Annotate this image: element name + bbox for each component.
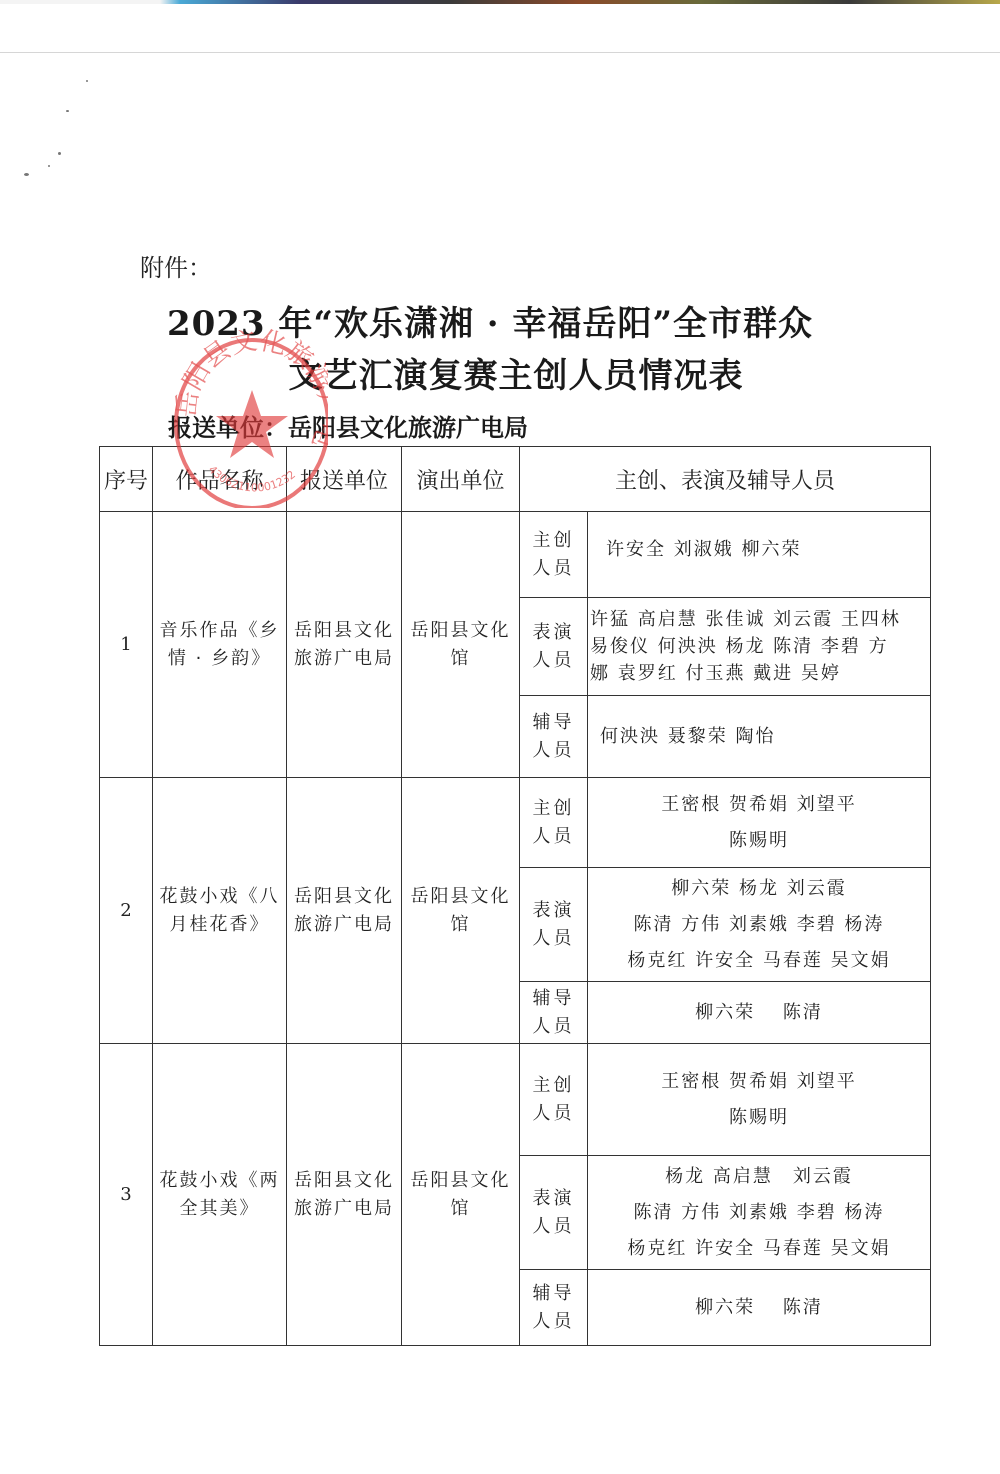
creators-names: 王密根 贺希娟 刘望平 陈赐明 (588, 1044, 931, 1156)
performing-unit: 岳阳县文化 馆 (402, 512, 520, 778)
role-performers: 表演 人员 (520, 598, 588, 696)
header-performer: 演出单位 (402, 447, 520, 512)
submitting-unit-label: 报送单位： (168, 414, 288, 442)
table-row: 1 音乐作品《乡 情 · 乡韵》 岳阳县文化 旅游广电局 岳阳县文化 馆 主创 … (100, 512, 931, 598)
work-title: 音乐作品《乡 情 · 乡韵》 (153, 512, 287, 778)
work-title: 花鼓小戏《两 全其美》 (153, 1044, 287, 1346)
table-row: 3 花鼓小戏《两 全其美》 岳阳县文化 旅游广电局 岳阳县文化 馆 主创 人员 … (100, 1044, 931, 1156)
scan-line (0, 52, 1000, 53)
role-instructors: 辅导 人员 (520, 982, 588, 1044)
instructors-names: 柳六荣 陈清 (588, 982, 931, 1044)
header-staff: 主创、表演及辅导人员 (520, 447, 931, 512)
role-creators: 主创 人员 (520, 512, 588, 598)
submitting-unit: 岳阳县文化 旅游广电局 (287, 512, 402, 778)
scan-edge (0, 0, 1000, 4)
instructors-names: 柳六荣 陈清 (588, 1270, 931, 1346)
header-work: 作品名称 (153, 447, 287, 512)
row-number: 1 (100, 512, 153, 778)
role-creators: 主创 人员 (520, 1044, 588, 1156)
performers-names: 许猛 高启慧 张佳诚 刘云霞 王四林 易俊仪 何泱泱 杨龙 陈清 李碧 方 娜 … (588, 598, 931, 696)
header-submitter: 报送单位 (287, 447, 402, 512)
row-number: 3 (100, 1044, 153, 1346)
submitting-unit: 岳阳县文化 旅游广电局 (287, 778, 402, 1044)
header-no: 序号 (100, 447, 153, 512)
role-creators: 主创 人员 (520, 778, 588, 868)
role-performers: 表演 人员 (520, 1156, 588, 1270)
submitting-unit-value: 岳阳县文化旅游广电局 (288, 414, 528, 442)
scan-specks (18, 70, 98, 180)
instructors-names: 何泱泱 聂黎荣 陶怡 (588, 696, 931, 778)
performing-unit: 岳阳县文化 馆 (402, 1044, 520, 1346)
role-instructors: 辅导 人员 (520, 696, 588, 778)
performers-names: 杨龙 高启慧 刘云霞 陈清 方伟 刘素娥 李碧 杨涛 杨克红 许安全 马春莲 吴… (588, 1156, 931, 1270)
page-title-line1: 2023 年“欢乐潇湘 · 幸福岳阳”全市群众 (0, 296, 990, 345)
row-number: 2 (100, 778, 153, 1044)
attachment-label: 附件： (140, 248, 212, 283)
table-header-row: 序号 作品名称 报送单位 演出单位 主创、表演及辅导人员 (100, 447, 931, 512)
role-performers: 表演 人员 (520, 868, 588, 982)
page-title-line2: 文艺汇演复赛主创人员情况表 (16, 348, 1000, 397)
creators-names: 许安全 刘淑娥 柳六荣 (588, 512, 931, 598)
performing-unit: 岳阳县文化 馆 (402, 778, 520, 1044)
role-instructors: 辅导 人员 (520, 1270, 588, 1346)
performers-names: 柳六荣 杨龙 刘云霞 陈清 方伟 刘素娥 李碧 杨涛 杨克红 许安全 马春莲 吴… (588, 868, 931, 982)
work-title: 花鼓小戏《八 月桂花香》 (153, 778, 287, 1044)
submitting-unit-line: 报送单位：岳阳县文化旅游广电局 (168, 408, 528, 443)
staff-table: 序号 作品名称 报送单位 演出单位 主创、表演及辅导人员 1 音乐作品《乡 情 … (99, 446, 931, 1346)
submitting-unit: 岳阳县文化 旅游广电局 (287, 1044, 402, 1346)
table-row: 2 花鼓小戏《八 月桂花香》 岳阳县文化 旅游广电局 岳阳县文化 馆 主创 人员… (100, 778, 931, 868)
creators-names: 王密根 贺希娟 刘望平 陈赐明 (588, 778, 931, 868)
